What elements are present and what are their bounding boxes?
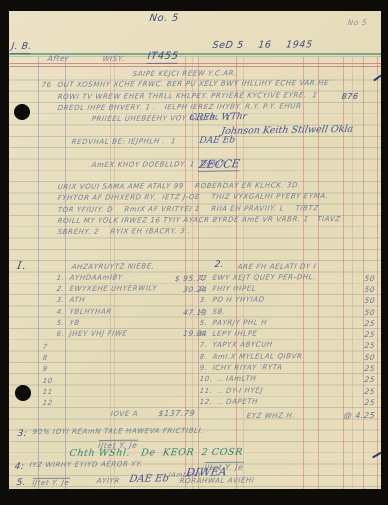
ledger-right-amount: 25 [340,388,375,396]
footer-line-5c: DAE Eb [128,474,169,485]
ledger-left-empty-row: 8 [42,355,48,362]
narrative-line-amount: 876 [341,93,359,101]
ledger-right-amount: 50 [340,286,375,294]
punch-hole-bottom [15,385,31,401]
column-rule [318,57,319,489]
ledger-right-amount: 25 [340,376,375,384]
footer-line-5b: AYIYR [96,478,120,485]
column-rule [352,57,353,489]
date-line: SeD 5 16 1945 [212,40,313,50]
ledger-left-item: 6.JHEY VHJ FIWE [56,331,128,338]
column-rule [38,57,39,489]
narrative-line: REDVHAL BE: IEJPHLH . 1 [71,138,176,146]
subheader-it455: IT455 [146,52,179,64]
ledger-right-item: 8.AmI.X MYLELAL QIBVR [199,353,303,361]
footer-line-5d: RORAHWAL AVIEHI [179,477,255,485]
footer-green-ink-line: Chth WShl. De KEOR 2 COSR [69,448,244,459]
ledger-left-total-label: IOVE A [110,411,138,418]
ledger-right-item: 12... DAPETH [199,399,258,406]
ledger-left-empty-row: 10 [42,378,53,385]
name-place-line: Johnson Keith Stilwell Okla [220,125,353,137]
header-red-rule-2 [9,66,381,67]
signature-inline: CREh. WThr [189,113,248,123]
ledger-left-total-amount: $137.79 [154,410,195,418]
ledger-right-amount: 50 [340,297,375,305]
ledger-left-empty-row: 7 [42,344,48,351]
narrative-line: ROWI TV WREW EHER THRLL KHLPEY. PRYIERE … [57,92,318,101]
narrative-line: TOR YFIUIY. D RmIX AF VRITYEI 1 RIIA EH … [57,205,319,214]
punch-hole-top [14,104,30,120]
ledger-right-amount: 25 [340,331,375,339]
ledger-right-item: 7.YAPYX ABYCUH [199,341,273,349]
footer-line-5a: IJtet Y. Je [32,478,70,487]
ledger-right-item: 11... DY-I HYEJ [199,388,263,395]
ledger-right-item: 5.PAYRJY PHL H [199,320,267,327]
ledger-right-amount: 25 [340,342,375,350]
ledger-left-item: 5.YB [56,320,80,327]
page-number-corner: No 5 [347,19,368,27]
ledger-right-item: 3.PO H YHYIAD [199,297,265,304]
page-number-center: No. 5 [149,14,180,24]
ledger-right-item: 1.EWY XEJT QUEY PER-DHL. [199,274,316,282]
ledger-left-empty-row: 9 [42,366,48,373]
ledger-right-total-amount: @ 4.25 [336,412,375,420]
narrative-line: 76 OUT XOSMHY XCHE FRWC. BER PU XELY BWY… [41,80,329,89]
footer-numeral-5: 5. [16,479,27,488]
ledger-right-amount: 50 [340,275,375,283]
ledger-right-amount: 25 [340,320,375,328]
ledger-left-item: 3.ATH [56,297,85,304]
edge-ink-mark-bottom [372,452,381,459]
ledger-right-item: 10... IAmLTH [199,376,257,383]
column-rule [343,57,344,489]
ledger-right-heading: ARE FH AELATI DY I [237,263,317,271]
paper-sheet: No. 5 No 5 J. B. SeD 5 16 1945 After WIS… [9,11,381,489]
narrative-line: ROILL MY YOLK IRWEZ 16 TYIY AYACR BYRDE … [57,216,341,225]
scanned-ledger-page: No. 5 No 5 J. B. SeD 5 16 1945 After WIS… [0,0,388,505]
ledger-right-amount: 50 [340,354,375,362]
ledger-right-total-label: EYZ WHZ.H. [246,413,295,420]
narrative-line: FYHTOR AF DIHXERD RY. IETZ J-OE THIZ VYX… [57,193,329,202]
section-numeral-right: 2. [214,261,225,270]
ledger-right-item: 6.LEPY IHLPE [199,331,258,338]
column-rule [363,57,364,489]
ledger-left-item: 2.EWYXEHE UHYERWILY [56,285,157,293]
ledger-left-item: 1.AYHDAAmIBY [56,275,123,282]
subheader-wisy: WISY. [102,56,125,63]
ledger-left-heading: AHZAYRUYTZ NIEBE, [71,263,155,271]
signature-inline: DAE Eb [199,136,236,146]
column-rule [377,57,378,489]
narrative-line: SBREHY. 2 RYIX EH (BACRY. 3 . [57,228,191,236]
section-numeral-left: I. [17,260,28,271]
ledger-right-item: 2.FHIY IHPEL [199,286,257,293]
footer-line-4: IYZ WIRHY EYIYD AEROR YY. [29,461,143,469]
ledger-left-empty-row: 12 [42,400,53,407]
narrative-line: URIX VOUI SAMA AME ATALY 99 ROBERDAY ER … [57,182,298,191]
narrative-title: SAIPE KEJCI REEW Y.C.AR. [132,70,237,78]
header-red-rule [9,63,381,64]
ledger-left-empty-row: 11 [42,389,53,396]
footer-numeral-3: 3: [17,430,28,439]
ledger-right-item: 4.SB. [199,309,226,316]
ledger-right-amount: 25 [340,399,375,407]
footer-line-3: 90% IOYI REAmN TALE HAWEVA FRICTIBLI. [32,428,204,436]
footer-numeral-4: 4: [14,463,25,472]
initials: J. B. [11,43,33,54]
ledger-right-item: 9.ICHY RIYAY 'RYTA [199,364,283,372]
edge-ink-mark-top [373,75,381,82]
subheader-after: After [47,55,69,63]
ledger-left-item: 4.YBLHYHAR [56,309,112,316]
signature-inline: ZECCE [198,158,241,172]
ledger-right-amount: 50 [340,309,375,317]
ledger-right-amount: 25 [340,365,375,373]
narrative-line: DREDL IHPE BHVERY. 1 . IELPH IEREZ IHYBY… [57,103,302,112]
